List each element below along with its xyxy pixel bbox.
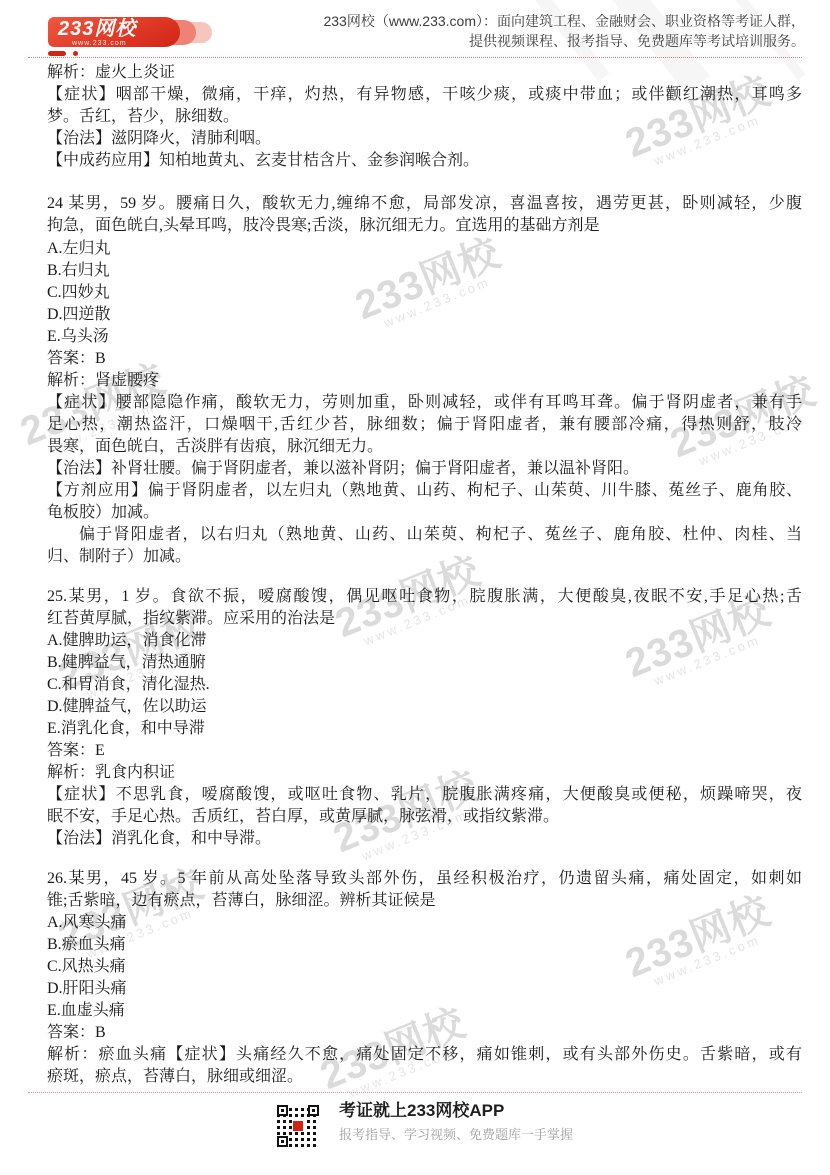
question-24-line: 答案：B	[47, 348, 802, 370]
question-25-line: 25.某男，1 岁。食欲不振，嗳腐酸馊，偶见呕吐食物，脘腹胀满，大便酸臭,夜眠不…	[47, 586, 802, 608]
footer-app-title: 考证就上233网校APP	[339, 1100, 504, 1122]
question-26-line: B.瘀血头痛	[47, 934, 802, 956]
question-24-line: D.四逆散	[47, 304, 802, 326]
question-24-line: 足心热，潮热盗汗，口燥咽干,舌红少苔，脉细数；偏于肾阳虚者，兼有腰部冷痛，得热则…	[47, 414, 802, 436]
analysis-prev-question-line: 解析：虚火上炎证	[47, 62, 802, 84]
question-24-line: 24 某男，59 岁。腰痛日久，酸软无力,缠绵不愈，局部发凉，喜温喜按，遇劳更甚…	[47, 193, 802, 215]
qr-finder-top-right	[308, 1105, 319, 1116]
question-24-line: 【方剂应用】偏于肾阴虚者，以左归丸（熟地黄、山药、枸杞子、山茱萸、川牛膝、菟丝子…	[47, 480, 802, 502]
question-24-line: 偏于肾阳虚者，以右归丸（熟地黄、山药、山茱萸、枸杞子、菟丝子、鹿角胶、杜仲、肉桂…	[79, 524, 802, 546]
question-24-line: 归、制附子）加减。	[47, 546, 802, 568]
question-24-line: A.左归丸	[47, 238, 802, 260]
question-25-line: 答案：E	[47, 740, 802, 762]
question-24-line: 【症状】腰部隐隐作痛，酸软无力，劳则加重，卧则减轻，或伴有耳鸣耳聋。偏于肾阴虚者…	[47, 392, 802, 414]
analysis-prev-question-line: 【治法】滋阴降火，清肺利咽。	[47, 128, 802, 150]
question-26-line: C.风热头痛	[47, 956, 802, 978]
question-24-line: E.乌头汤	[47, 326, 802, 348]
question-25-line: 红苔黄厚腻，指纹紫滞。应采用的治法是	[47, 608, 802, 630]
question-25-line: B.健脾益气，清热通腑	[47, 652, 802, 674]
question-26-line: 锥;舌紫暗，边有瘀点，苔薄白，脉细涩。辨析其证候是	[47, 890, 802, 912]
question-24-line: B.右归丸	[47, 260, 802, 282]
question-24-line: 龟板胶）加减。	[47, 502, 802, 524]
qr-finder-bottom-left	[277, 1136, 288, 1147]
question-26-line: A.风寒头痛	[47, 912, 802, 934]
qr-finder-top-left	[277, 1105, 288, 1116]
question-26-line: E.血虚头痛	[47, 1000, 802, 1022]
footer-app-subtitle: 报考指导、学习视频、免费题库一手掌握	[339, 1126, 573, 1144]
analysis-prev-question-line: 梦。舌红，苔少，脉细数。	[47, 106, 802, 128]
exam-document-content: 解析：虚火上炎证【症状】咽部干燥，微痛，干痒，灼热，有异物感，干咳少痰，或痰中带…	[0, 0, 830, 1175]
question-26-line: D.肝阳头痛	[47, 978, 802, 1000]
question-25-line: C.和胃消食，清化湿热.	[47, 674, 802, 696]
question-24-line: 畏寒，面色㿠白，舌淡胖有齿痕，脉沉细无力。	[47, 436, 802, 458]
question-24-line: 解析：肾虚腰疼	[47, 370, 802, 392]
question-26-line: 解析：瘀血头痛【症状】头痛经久不愈，痛处固定不移，痛如锥刺，或有头部外伤史。舌紫…	[47, 1044, 802, 1066]
analysis-prev-question-line: 【中成药应用】知柏地黄丸、玄麦甘桔含片、金参润喉合剂。	[47, 150, 802, 172]
question-26-line: 瘀斑，瘀点，苔薄白，脉细或细涩。	[47, 1066, 802, 1088]
analysis-prev-question-line: 【症状】咽部干燥，微痛，干痒，灼热，有异物感，干咳少痰，或痰中带血；或伴颧红潮热…	[47, 84, 802, 106]
question-25-line: 【治法】消乳化食，和中导滞。	[47, 828, 802, 850]
question-24-line: 【治法】补肾壮腰。偏于肾阴虚者，兼以滋补肾阴；偏于肾阳虚者，兼以温补肾阳。	[47, 458, 802, 480]
question-25-line: 【症状】不思乳食，嗳腐酸馊，或呕吐食物、乳片，脘腹胀满疼痛，大便酸臭或便秘，烦躁…	[47, 784, 802, 806]
question-25-line: D.健脾益气，佐以助运	[47, 696, 802, 718]
app-promo-footer: 考证就上233网校APP 报考指导、学习视频、免费题库一手掌握	[0, 1092, 830, 1175]
qr-center-logo	[292, 1120, 304, 1132]
question-25-line: A.健脾助运，消食化滞	[47, 630, 802, 652]
question-26-line: 26.某男，45 岁。5 年前从高处坠落导致头部外伤，虽经积极治疗，仍遗留头痛，…	[47, 868, 802, 890]
question-24-line: 拘急，面色㿠白,头晕耳鸣，肢冷畏寒;舌淡，脉沉细无力。宜选用的基础方剂是	[47, 215, 802, 237]
qr-code	[277, 1105, 319, 1147]
question-26-line: 答案：B	[47, 1022, 802, 1044]
question-25-line: E.消乳化食，和中导滞	[47, 718, 802, 740]
question-25-line: 眠不安，手足心热。舌质红，苔白厚，或黄厚腻，脉弦滑，或指纹紫滞。	[47, 806, 802, 828]
question-25-line: 解析：乳食内积证	[47, 762, 802, 784]
footer-divider	[28, 1092, 802, 1093]
question-24-line: C.四妙丸	[47, 282, 802, 304]
document-page: 233网校www.233.com233网校www.233.com233网校www…	[0, 0, 830, 1175]
